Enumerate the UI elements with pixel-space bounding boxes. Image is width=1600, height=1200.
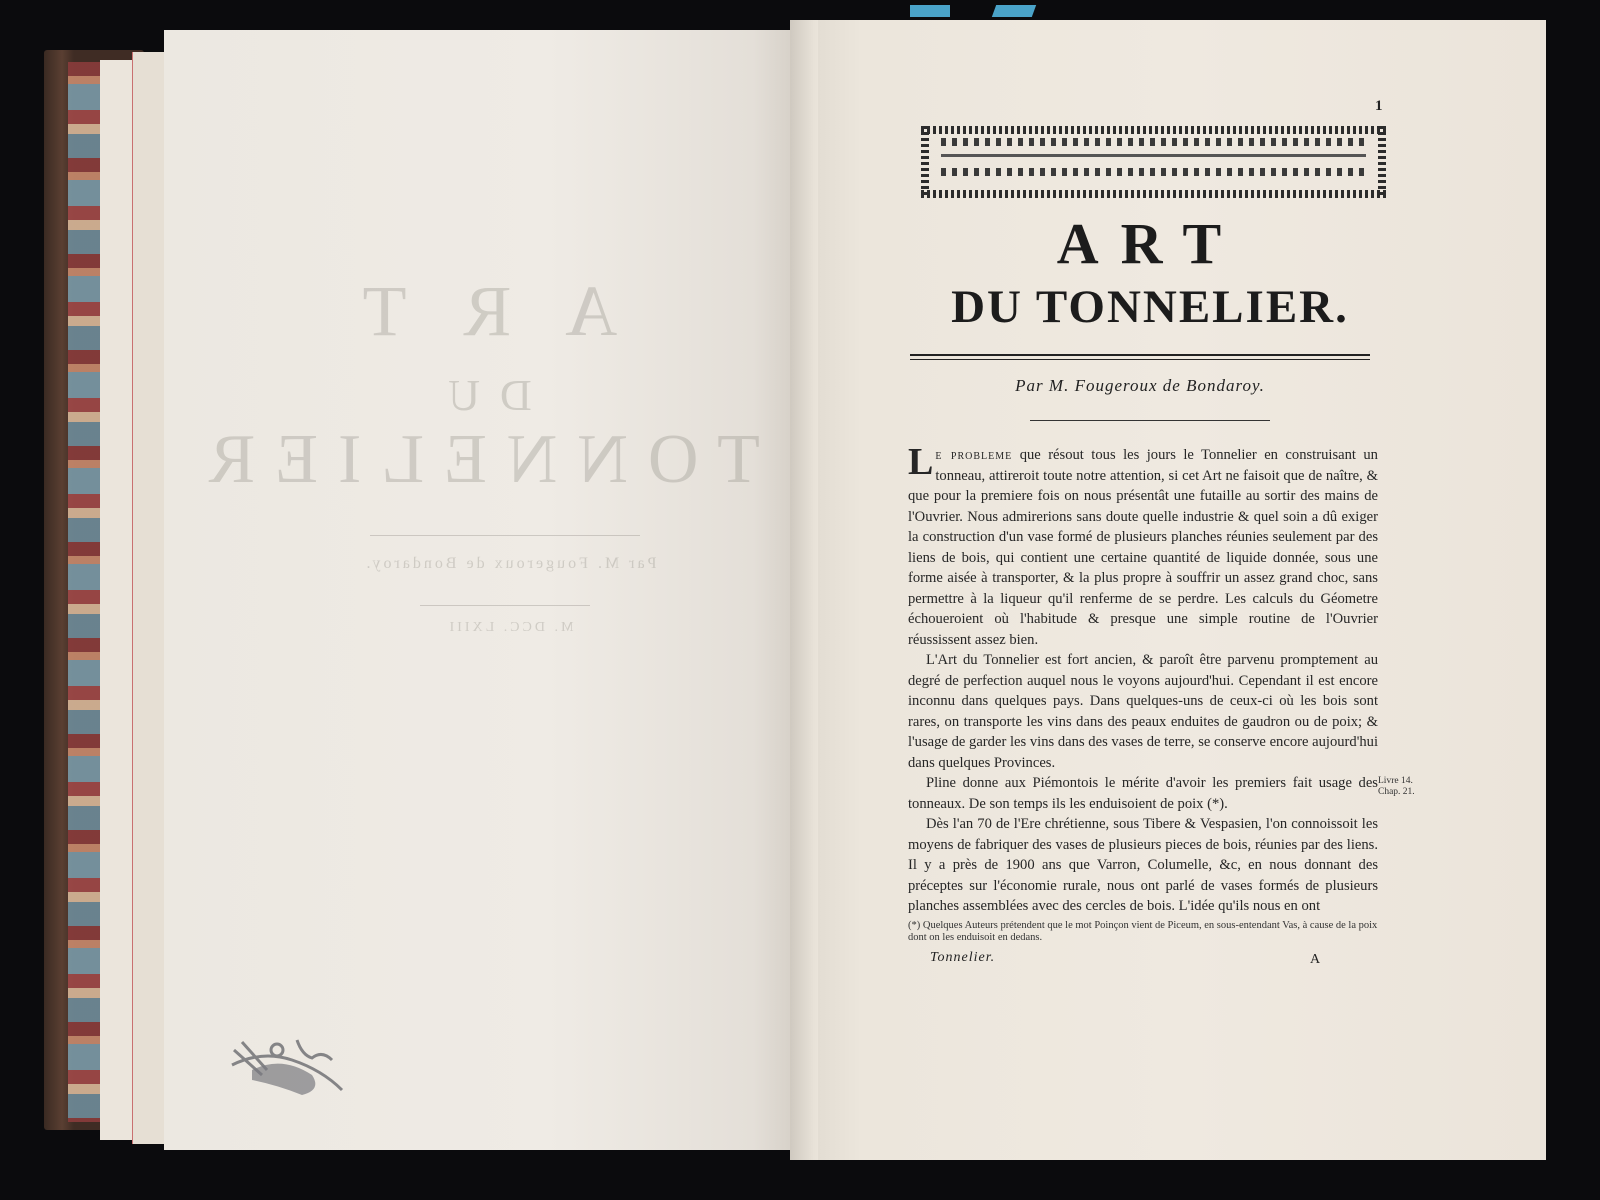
author-byline: Par M. Fougeroux de Bondaroy. [910, 376, 1370, 396]
paragraph: Pline donne aux Piémontois le mérite d'a… [908, 773, 1378, 814]
title-line-2: DU TONNELIER. [900, 280, 1400, 334]
ornament-row [941, 138, 1366, 146]
small-caps-lead: e probleme [935, 447, 1012, 463]
body-text: Le probleme que résout tous les jours le… [908, 445, 1378, 917]
show-through-rule [420, 605, 590, 606]
flyleaf [132, 52, 167, 1144]
double-rule [910, 354, 1370, 360]
marginal-line: Chap. 21. [1378, 787, 1415, 798]
catchword: Tonnelier. [930, 950, 995, 966]
show-through-text: Par M. Fougeroux de Bondaroy. [300, 555, 720, 573]
show-through-text: M. DCC. LXIII [300, 620, 720, 636]
marginal-line: Livre 14. [1378, 776, 1415, 787]
paragraph-text: que résout tous les jours le Tonnelier e… [908, 447, 1378, 648]
short-rule [1030, 420, 1270, 421]
show-through-text: A R T [270, 270, 690, 353]
signature-mark: A [1310, 952, 1320, 968]
paragraph: Dès l'an 70 de l'Ere chrétienne, sous Ti… [908, 814, 1378, 917]
marbled-endpaper [68, 62, 102, 1122]
ornament-row [941, 168, 1366, 176]
show-through-text: DU [270, 370, 690, 421]
left-page [164, 30, 804, 1150]
show-through-rule [370, 535, 640, 536]
flyleaf [100, 60, 134, 1140]
title-line-1: ART [900, 210, 1400, 277]
footnote: (*) Quelques Auteurs prétendent que le m… [908, 920, 1378, 944]
open-book: A R T DU TONNELIER Par M. Fougeroux de B… [0, 0, 1600, 1200]
marginal-note: Livre 14. Chap. 21. [1378, 776, 1415, 798]
page-number: 1 [1375, 98, 1383, 115]
headpiece-ornament-icon [915, 120, 1392, 204]
paragraph: L'Art du Tonnelier est fort ancien, & pa… [908, 650, 1378, 773]
fleuron-ornament-icon [222, 1030, 352, 1100]
blue-tape-tab [992, 5, 1036, 17]
show-through-text: TONNELIER [240, 420, 760, 500]
paragraph: Le probleme que résout tous les jours le… [908, 445, 1378, 650]
ornament-row [941, 154, 1366, 157]
blue-tape-tab [910, 5, 950, 17]
drop-cap: L [908, 445, 933, 479]
